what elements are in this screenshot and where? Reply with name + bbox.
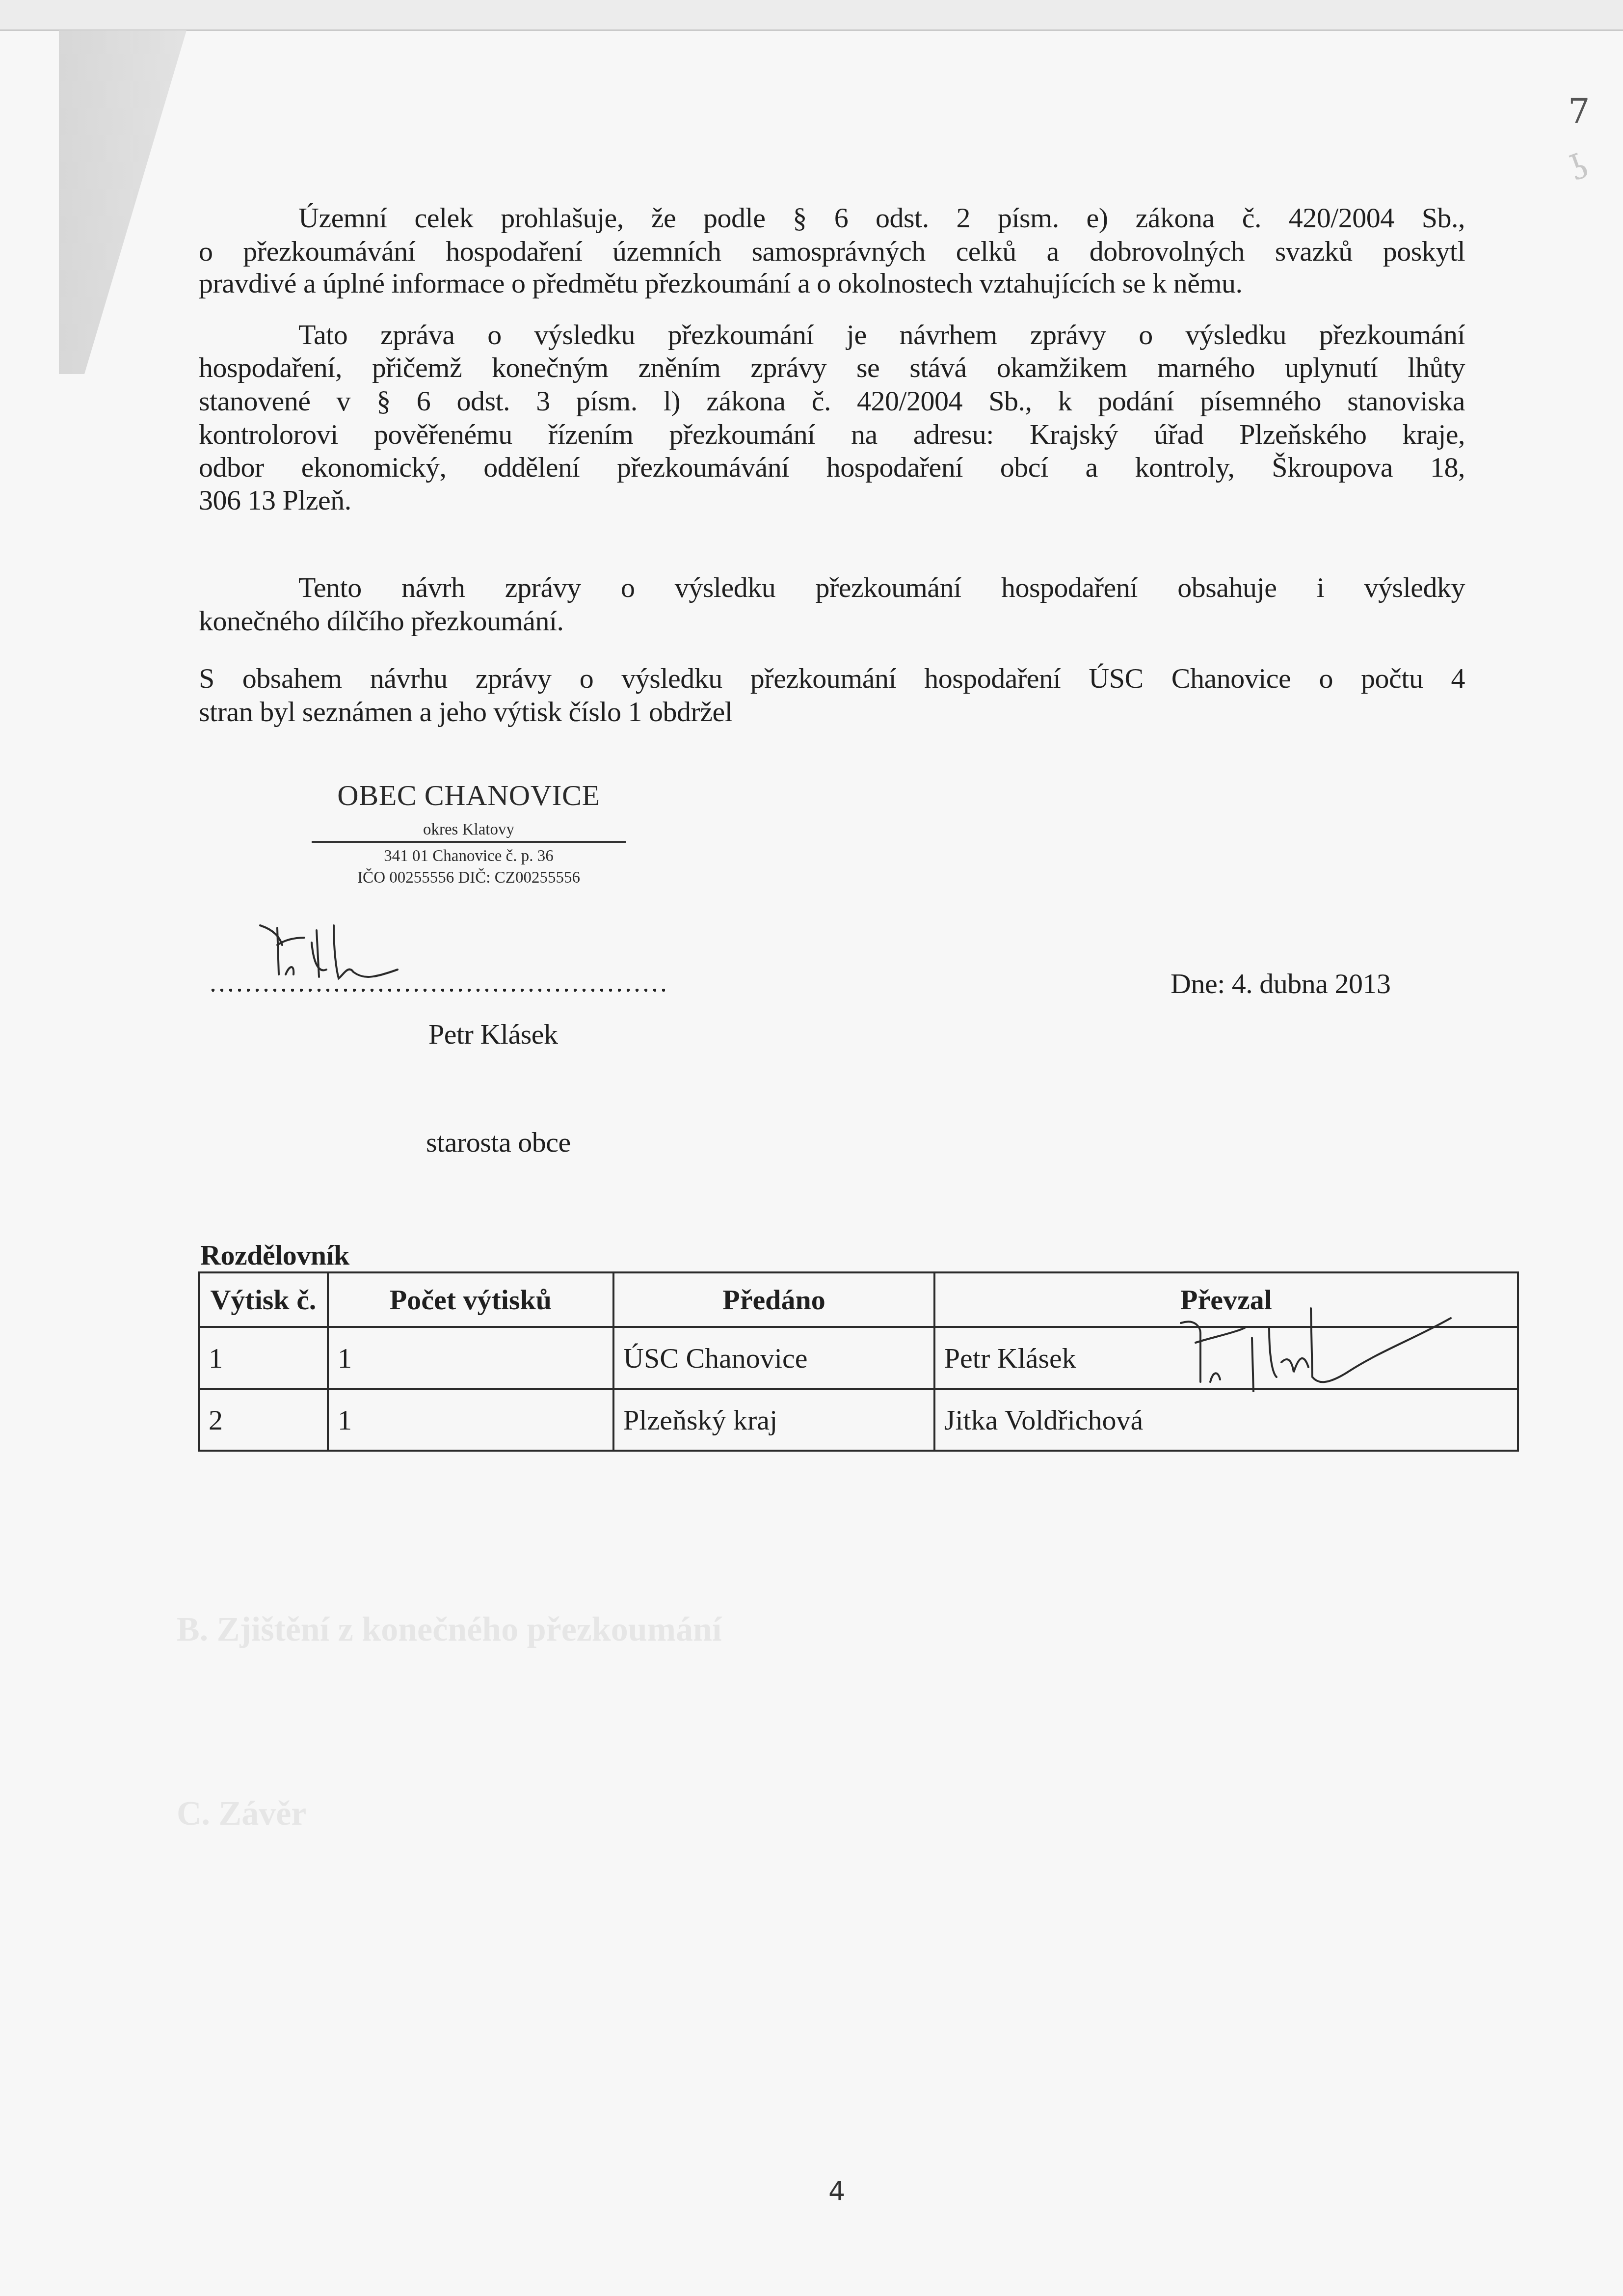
stamp-address: 341 01 Chanovice č. p. 36 [302,846,636,866]
distribution-table: Výtisk č. Počet výtisků Předáno Převzal … [198,1271,1519,1452]
stamp-rule [312,841,626,843]
signatory-role: starosta obce [426,1127,571,1158]
paragraph-2-line-3: stanovené v § 6 odst. 3 písm. l) zákona … [199,385,1465,417]
paragraph-1-line-2: o přezkoumávání hospodaření územních sam… [199,236,1465,267]
table-row: 1 1 ÚSC Chanovice Petr Klásek [199,1327,1518,1389]
header-count: Počet výtisků [328,1272,613,1327]
paragraph-2-line-2: hospodaření, přičemž konečným zněním zpr… [199,352,1465,383]
paragraph-2-line-4: kontrolorovi pověřenému řízením přezkoum… [199,419,1465,450]
handwritten-corner-mark: 7 [1568,91,1590,131]
cell-received-by: Petr Klásek [934,1327,1518,1389]
header-handed-to: Předáno [613,1272,934,1327]
page-number: 4 [828,2176,845,2207]
header-copy-no: Výtisk č. [199,1272,328,1327]
received-by-name: Petr Klásek [944,1342,1076,1374]
paragraph-2-line-5: odbor ekonomický, oddělení přezkoumávání… [199,452,1465,483]
paragraph-1-line-1: Územní celek prohlašuje, že podle § 6 od… [298,202,1465,234]
distribution-title: Rozdělovník [200,1240,349,1271]
paragraph-4-line-1: S obsahem návrhu zprávy o výsledku přezk… [199,663,1465,694]
paragraph-3-line-2: konečného dílčího přezkoumání. [199,605,564,637]
signature-date: Dne: 4. dubna 2013 [1171,968,1391,999]
table-row: 2 1 Plzeňský kraj Jitka Voldřichová [199,1389,1518,1451]
municipal-stamp: OBEC CHANOVICE okres Klatovy 341 01 Chan… [302,778,636,889]
cell-count: 1 [328,1327,613,1389]
stamp-title: OBEC CHANOVICE [302,778,636,812]
paragraph-3-line-1: Tento návrh zprávy o výsledku přezkoumán… [298,572,1465,603]
scanner-edge [0,0,1623,31]
cell-handed-to: Plzeňský kraj [613,1389,934,1451]
cell-count: 1 [328,1389,613,1451]
recipient-signature [1171,1298,1544,1392]
paragraph-1-line-3: pravdivé a úplné informace o předmětu př… [199,268,1243,299]
signatory-name: Petr Klásek [428,1019,558,1050]
paragraph-2-line-6: 306 13 Plzeň. [199,485,351,516]
mayor-signature [255,916,452,989]
cell-received-by: Jitka Voldřichová [934,1389,1518,1451]
paragraph-4-line-2: stran byl seznámen a jeho výtisk číslo 1… [199,696,732,728]
folded-corner-shadow [59,30,186,374]
cell-copy-no: 2 [199,1389,328,1451]
cell-handed-to: ÚSC Chanovice [613,1327,934,1389]
stamp-ids: IČO 00255556 DIČ: CZ00255556 [302,866,636,889]
bleed-corner-mark: ʖ [1563,145,1594,189]
stamp-district: okres Klatovy [302,819,636,840]
bleed-through-heading-b: B. Zjištění z konečného přezkoumání [177,1610,721,1649]
cell-copy-no: 1 [199,1327,328,1389]
bleed-through-heading-c: C. Závěr [177,1794,306,1834]
paragraph-2-line-1: Tato zpráva o výsledku přezkoumání je ná… [298,319,1465,351]
signature-dotted-line [209,988,665,993]
